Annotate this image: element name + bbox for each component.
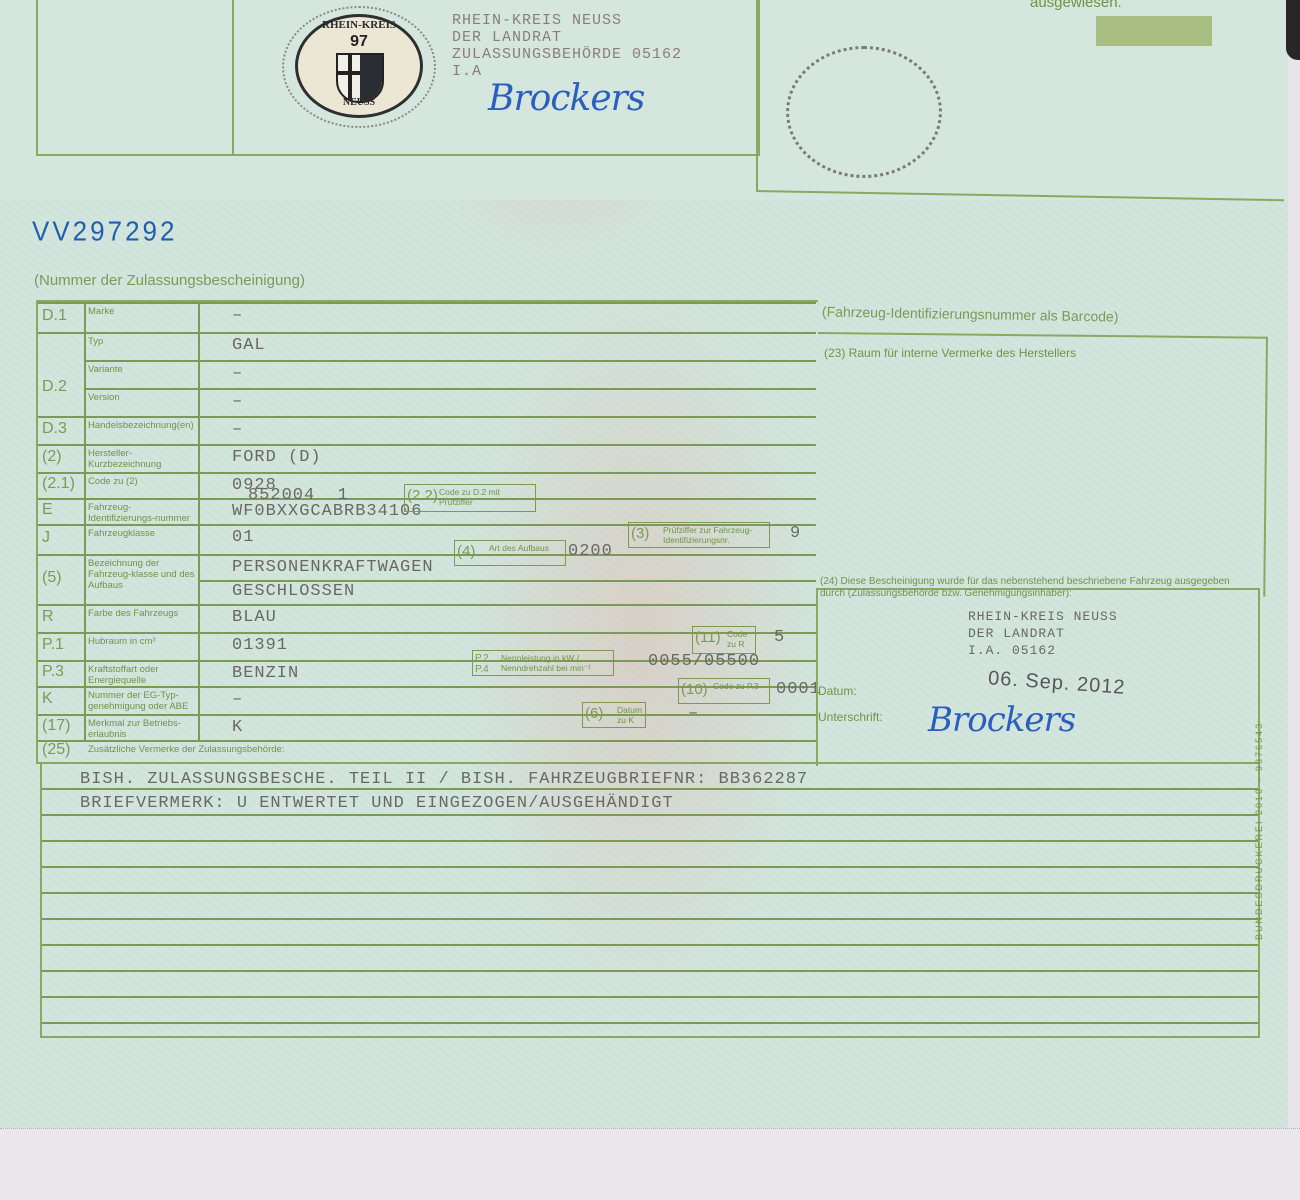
field-label: Farbe des Fahrzeugs xyxy=(88,608,198,619)
signature-label: Unterschrift: xyxy=(818,710,883,724)
subfield-value: 0055/05500 xyxy=(648,652,760,671)
field-value: K xyxy=(232,718,243,737)
remark-rule xyxy=(42,788,1258,790)
table-row-line xyxy=(38,332,816,334)
field-code: D.2 xyxy=(42,378,67,396)
paper-fold xyxy=(0,1128,1300,1200)
registration-certificate: RHEIN-KREIS 97 NEUSS RHEIN-KREIS NEUSS D… xyxy=(0,0,1288,1200)
subfield-code: (4) xyxy=(457,543,475,561)
subfield-code: (11) xyxy=(695,629,721,647)
field-label: Fahrzeug-Identifizierungs-nummer xyxy=(88,502,198,524)
field-value-secondary: GESCHLOSSEN xyxy=(232,582,355,601)
subfield-fp24: P.2 P.4Nennleistung in kW / Nenndrehzahl… xyxy=(472,650,614,676)
subfield-f4: (4)Art des Aufbaus xyxy=(454,540,566,566)
table-row-line xyxy=(84,388,816,390)
subfield-code: (2.2) xyxy=(407,487,438,505)
subfield-label: Prüfziffer zur Fahrzeug-Identifizierungs… xyxy=(663,525,767,545)
remark-rule xyxy=(42,918,1258,920)
remark-rule xyxy=(42,944,1258,946)
field-code: D.1 xyxy=(42,307,67,325)
field-code: (25) xyxy=(42,741,70,759)
field-value: – xyxy=(232,306,243,325)
remark-rule xyxy=(42,892,1258,894)
coat-of-arms-icon xyxy=(336,53,384,103)
field-label: Fahrzeugklasse xyxy=(88,528,198,539)
field-code: K xyxy=(42,690,53,708)
subfield-code: (6) xyxy=(585,705,603,723)
remark-line-1: BISH. ZULASSUNGSBESCHE. TEIL II / BISH. … xyxy=(80,770,808,789)
subfield-f11: (11)Code zu R xyxy=(692,626,756,654)
field-label: Merkmal zur Betriebs-erlaubnis xyxy=(88,718,198,740)
field-label: Nummer der EG-Typ-genehmigung oder ABE xyxy=(88,690,198,712)
field-value: BLAU xyxy=(232,608,277,627)
remark-line-2: BRIEFVERMERK: U ENTWERTET UND EINGEZOGEN… xyxy=(80,794,674,813)
remark-rule xyxy=(42,970,1258,972)
field-code: E xyxy=(42,501,53,519)
subfield-value: 5 xyxy=(774,628,785,647)
field-value: – xyxy=(232,364,243,383)
remark-rule xyxy=(42,840,1258,842)
field-value: 01 xyxy=(232,528,254,547)
subfield-code: (10) xyxy=(681,681,708,699)
field-label: Zusätzliche Vermerke der Zulassungsbehör… xyxy=(88,744,688,755)
field-code: D.3 xyxy=(42,420,67,438)
subfield-value: 852004 1 xyxy=(248,486,349,505)
printer-mark: BUNDESDRUCKEREI 2010 – 9876543 xyxy=(1254,722,1264,940)
field-value: – xyxy=(232,420,243,439)
signature-issuer: Brockers xyxy=(928,700,1075,740)
field-code: P.1 xyxy=(42,636,64,654)
certificate-number: VV297292 xyxy=(32,215,177,248)
table-row-line xyxy=(38,472,816,474)
subfield-label: Code zu R xyxy=(727,629,753,649)
signature-top: Brockers xyxy=(488,78,644,119)
field-label: Hubraum in cm³ xyxy=(88,636,198,647)
subfield-label: Art des Aufbaus xyxy=(489,543,563,553)
field-value: FORD (D) xyxy=(232,448,322,467)
top-divider xyxy=(232,0,234,156)
field-label: Marke xyxy=(88,306,198,317)
authority-stamp: RHEIN-KREIS NEUSS DER LANDRAT ZULASSUNGS… xyxy=(452,12,682,80)
official-seal: RHEIN-KREIS 97 NEUSS xyxy=(295,14,423,118)
subfield-label: Code zu P.3 xyxy=(713,681,767,691)
field-value: GAL xyxy=(232,336,266,355)
table-row-line xyxy=(38,604,816,606)
vehicle-data-table: D.1Marke–D.2TypGALVariante–Version–D.3Ha… xyxy=(36,300,818,764)
remark-rule xyxy=(42,1022,1258,1024)
manufacturer-notes-box xyxy=(815,332,1268,597)
table-row-line xyxy=(38,302,816,304)
field-value: – xyxy=(232,690,243,709)
date-label: Datum: xyxy=(818,684,857,698)
field-value: – xyxy=(232,392,243,411)
field-value: PERSONENKRAFTWAGEN xyxy=(232,558,434,577)
subfield-label: Datum zu K xyxy=(617,705,643,725)
subfield-value: 0200 xyxy=(568,542,613,561)
field-value: 01391 xyxy=(232,636,288,655)
field-label: Typ xyxy=(88,336,198,347)
table-row-line xyxy=(38,444,816,446)
subfield-value: 0001 xyxy=(776,680,821,699)
field-label: Variante xyxy=(88,364,198,375)
subfield-f6: (6)Datum zu K xyxy=(582,702,646,728)
table-row-line xyxy=(38,554,816,556)
subfield-value: – xyxy=(688,704,699,723)
remark-rule xyxy=(42,814,1258,816)
partial-text: ausgewiesen. xyxy=(1030,0,1122,11)
seal-ring-top: RHEIN-KREIS xyxy=(298,19,420,31)
field-label: Code zu (2) xyxy=(88,476,198,487)
field-code: (17) xyxy=(42,717,70,735)
field-code: (2) xyxy=(42,448,62,466)
issuer-stamp: RHEIN-KREIS NEUSS DER LANDRAT I.A. 05162 xyxy=(968,608,1118,659)
manufacturer-notes-label: (23) Raum für interne Vermerke des Herst… xyxy=(824,346,1076,360)
field-label: Kraftstoffart oder Energiequelle xyxy=(88,664,198,686)
field-code: (5) xyxy=(42,569,62,587)
table-row-line xyxy=(38,740,818,742)
table-column-line xyxy=(84,302,86,740)
subfield-f3: (3)Prüfziffer zur Fahrzeug-Identifizieru… xyxy=(628,522,770,548)
subfield-f22: (2.2)Code zu D.2 mit Prüfziffer xyxy=(404,484,536,512)
remark-rule xyxy=(42,866,1258,868)
seal-number: 97 xyxy=(298,33,420,51)
table-column-line xyxy=(198,302,200,740)
field-label: Bezeichnung der Fahrzeug-klasse und des … xyxy=(88,558,198,591)
field-label: Hersteller-Kurzbezeichnung xyxy=(88,448,198,470)
field-code: (2.1) xyxy=(42,475,75,493)
photo-stamp-circle xyxy=(786,46,942,178)
subfield-f10: (10)Code zu P.3 xyxy=(678,678,770,704)
table-row-line xyxy=(38,416,816,418)
field-label: Version xyxy=(88,392,198,403)
seal-ring-bottom: NEUSS xyxy=(298,97,420,108)
green-fill-box xyxy=(1096,16,1212,46)
subfield-label: Code zu D.2 mit Prüfziffer xyxy=(439,487,533,507)
remarks-box: BISH. ZULASSUNGSBESCHE. TEIL II / BISH. … xyxy=(40,762,1260,1038)
issuer-label: (24) Diese Bescheinigung wurde für das n… xyxy=(820,576,1240,600)
subfield-label: Nennleistung in kW / Nenndrehzahl bei mi… xyxy=(501,653,605,673)
field-code: P.3 xyxy=(42,663,64,681)
field-code: J xyxy=(42,529,50,547)
remark-rule xyxy=(42,996,1258,998)
field-value: BENZIN xyxy=(232,664,299,683)
subfield-value: 9 xyxy=(790,524,801,543)
subfield-code: (3) xyxy=(631,525,649,543)
background-edge xyxy=(1286,0,1300,60)
barcode-caption: (Fahrzeug-Identifizierungsnummer als Bar… xyxy=(822,303,1119,324)
table-row-line xyxy=(84,360,816,362)
certificate-number-caption: (Nummer der Zulassungsbescheinigung) xyxy=(34,272,305,289)
field-code: R xyxy=(42,608,54,626)
subfield-code: P.2 P.4 xyxy=(475,653,489,675)
table-row-line xyxy=(38,714,816,716)
field-label: Handelsbezeichnung(en) xyxy=(88,420,198,431)
